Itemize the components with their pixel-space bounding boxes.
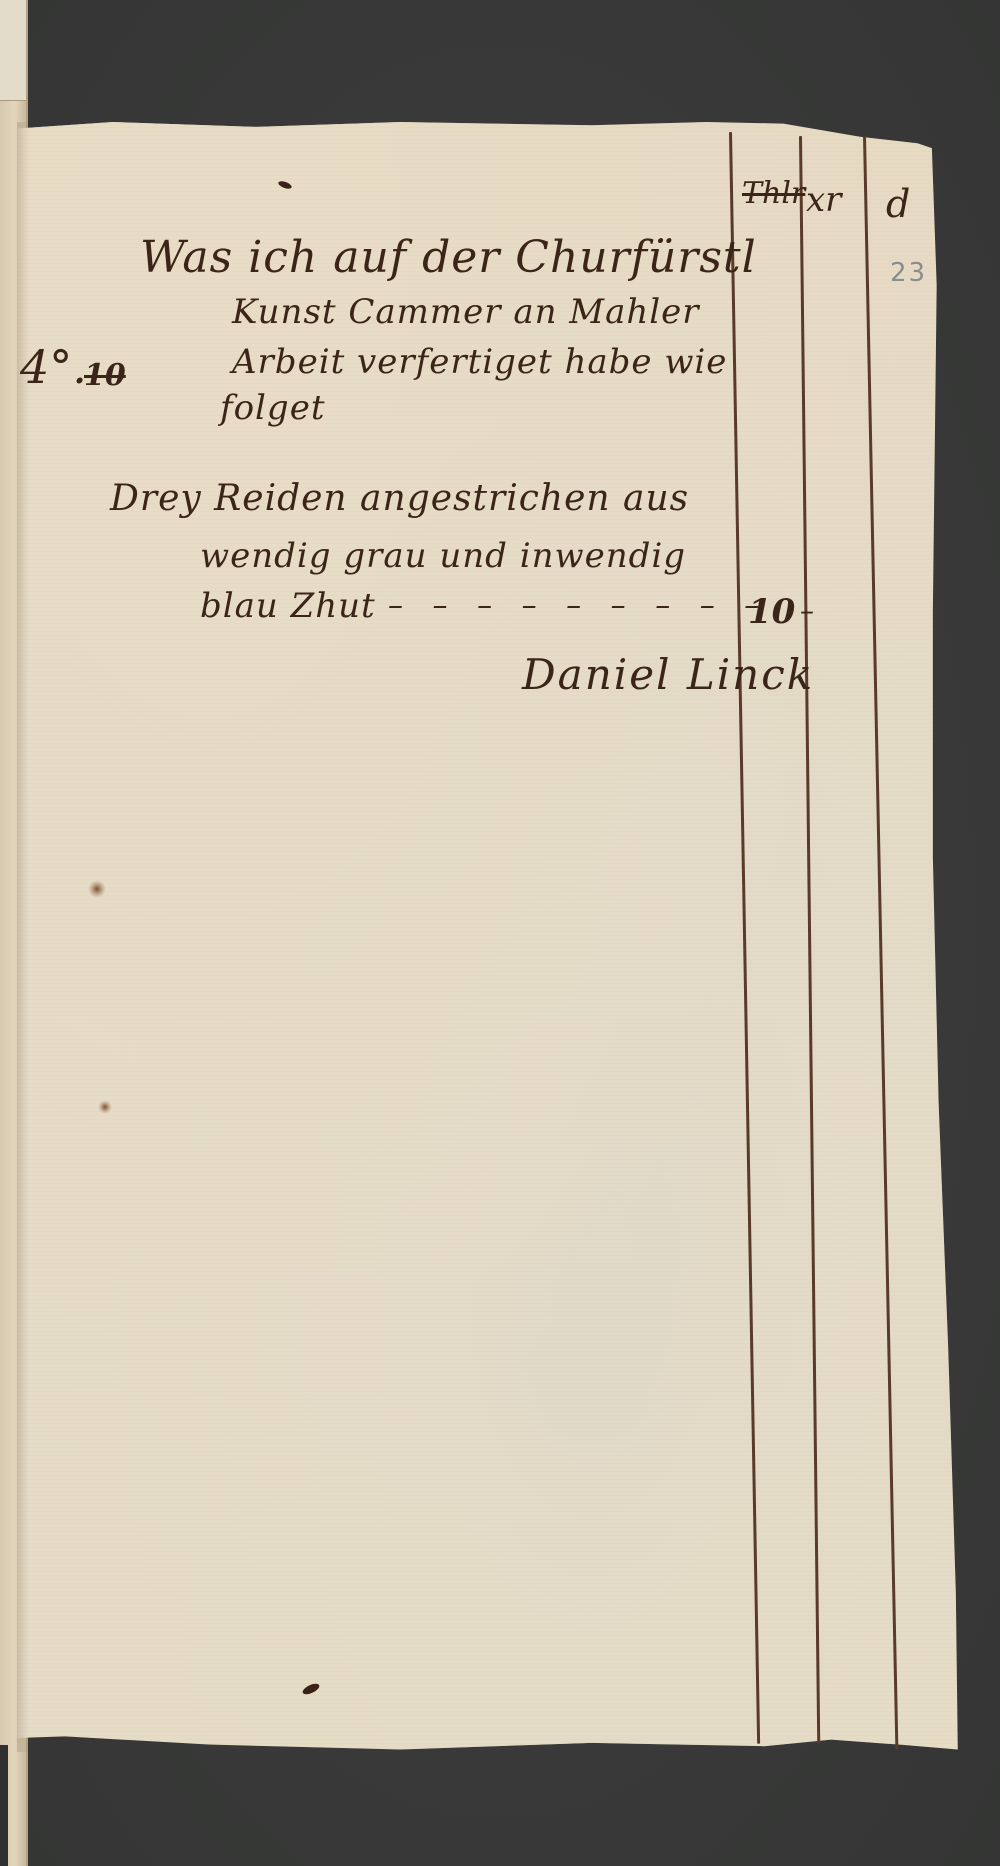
margin-struck-number: 10 (84, 358, 126, 393)
adjacent-page-corner (0, 0, 26, 101)
heading-line-4: folget (220, 388, 325, 428)
column-header-d: d (886, 182, 910, 226)
item-leader-dashes: – – – – – – – – – (388, 588, 769, 623)
item-amount: 10 (748, 592, 795, 632)
column-header-thlr-struck: Thlr (742, 176, 805, 211)
heading-line-3: Arbeit verfertiget habe wie (232, 342, 727, 382)
heading-line-1: Was ich auf der Churfürstl (140, 232, 757, 283)
item-line-3: blau Zhut (200, 586, 376, 626)
page-number: 23 (890, 258, 927, 288)
signature: Daniel Linck (522, 650, 814, 699)
heading-line-2: Kunst Cammer an Mahler (232, 292, 700, 332)
stain-spot (88, 880, 106, 898)
stain-spot (98, 1100, 112, 1114)
item-line-2: wendig grau und inwendig (200, 536, 686, 576)
column-header-fl: xr (806, 180, 841, 220)
margin-entry-number: 4°. (20, 340, 87, 394)
item-amount-suffix: – (800, 594, 814, 627)
binding-shadow (0, 1745, 8, 1866)
item-line-1: Drey Reiden angestrichen aus (110, 478, 689, 519)
